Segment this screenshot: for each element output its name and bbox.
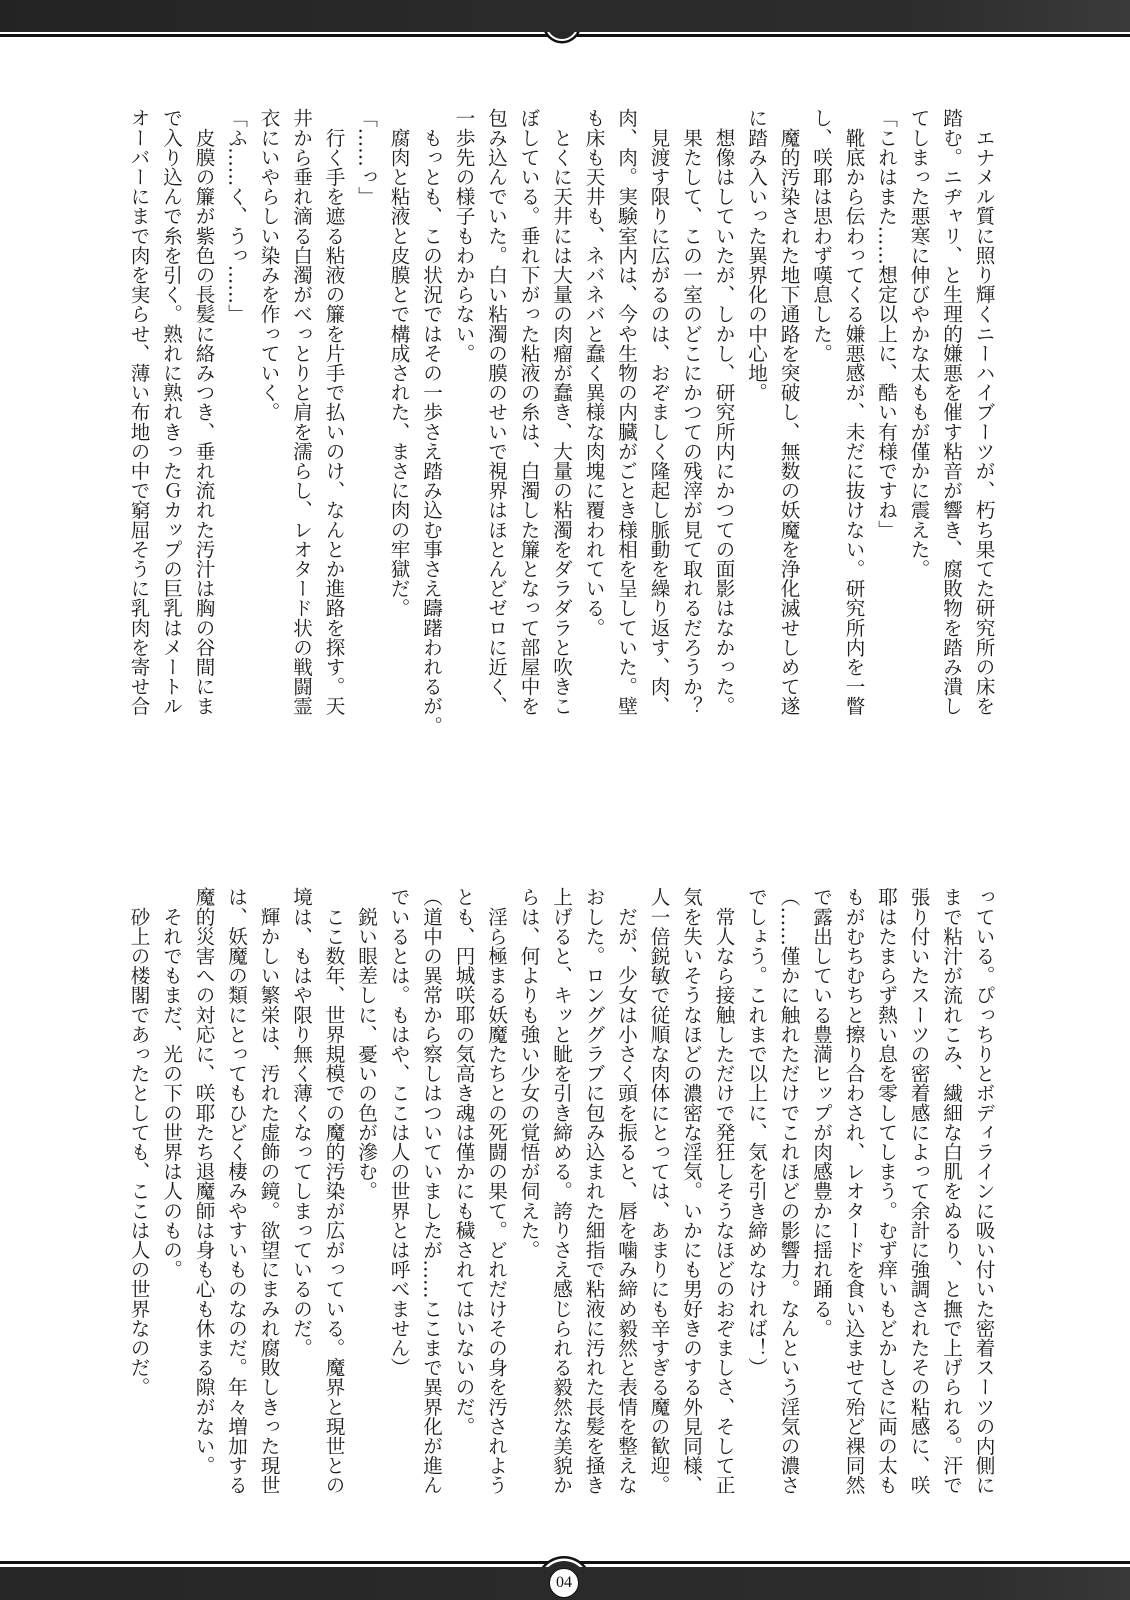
text-column: とくに天井には大量の肉瘤が蠢き、大量の粘濁をダラダラと吹きこ xyxy=(544,108,577,723)
text-column: 想像はしていたが、しかし、研究所内にかつての面影はなかった。 xyxy=(707,108,740,723)
text-column: 井から垂れ滴る白濁がべっとりと肩を濡らし、レオタード状の戦闘霊 xyxy=(284,108,317,723)
text-column: （……僅かに触れただけでこれほどの影響力。なんという淫気の濃さ xyxy=(772,887,805,1502)
text-column: も床も天井も、ネバネバと蠢く異様な肉塊に覆われている。 xyxy=(577,108,610,723)
text-column: ここ数年、世界規模での魔的汚染が広がっている。魔界と現世との xyxy=(317,887,350,1502)
text-column: でしょう。これまで以上に、気を引き締めなければ！） xyxy=(739,887,772,1502)
text-column: 腐肉と粘液と皮膜とで構成された、まさに肉の牢獄だ。 xyxy=(382,108,415,723)
page-number-badge: 04 xyxy=(549,1568,579,1598)
upper-text-block: エナメル質に照り輝くニーハイブーツが、朽ち果てた研究所の床を 踏む。ニヂャリ、と… xyxy=(121,108,999,723)
text-column: 包み込んでいた。白い粘濁の膜のせいで視界はほとんどゼロに近く、 xyxy=(479,108,512,723)
text-column: 砂上の楼閣であったとしても、ここは人の世界なのだ。 xyxy=(122,887,155,1502)
text-column: で入り込んで糸を引く。熟れに熟れきったＧカップの巨乳はメートル xyxy=(154,108,187,723)
text-column: 踏む。ニヂャリ、と生理的嫌悪を催す粘音が響き、腐敗物を踏み潰し xyxy=(934,108,967,723)
page-number: 04 xyxy=(556,1575,572,1591)
text-column: 衣にいやらしい染みを作っていく。 xyxy=(252,108,285,723)
text-column: 皮膜の簾が紫色の長髪に絡みつき、垂れ流れた汚汁は胸の谷間にま xyxy=(187,108,220,723)
text-column: それでもまだ、光の下の世界は人のもの。 xyxy=(154,887,187,1502)
text-column: し、咲耶は思わず嘆息した。 xyxy=(804,108,837,723)
text-column: 靴底から伝わってくる嫌悪感が、未だに抜けない。研究所内を一瞥 xyxy=(837,108,870,723)
text-column: エナメル質に照り輝くニーハイブーツが、朽ち果てた研究所の床を xyxy=(967,108,1000,723)
text-column: 淫ら極まる妖魔たちとの死闘の果て。どれだけその身を汚されよう xyxy=(479,887,512,1502)
text-column: 上げると、キッと眦を引き締める。誇りさえ感じられる毅然な美貌か xyxy=(544,887,577,1502)
text-column: おした。ロンググラブに包み込まれた細指で粘液に汚れた長髪を掻き xyxy=(577,887,610,1502)
text-column: 輝かしい繁栄は、汚れた虚飾の鏡。欲望にまみれ腐敗しきった現世 xyxy=(252,887,285,1502)
text-column: に踏み入いった異界化の中心地。 xyxy=(739,108,772,723)
text-column: 一歩先の様子もわからない。 xyxy=(447,108,480,723)
text-column: 「これはまた……想定以上に、酷い有様ですね」 xyxy=(869,108,902,723)
header-bar xyxy=(0,0,1130,32)
text-column: で露出している豊満ヒップが肉感豊かに揺れ踊る。 xyxy=(804,887,837,1502)
text-column: 肉、肉。実験室内は、今や生物の内臓がごとき様相を呈していた。壁 xyxy=(609,108,642,723)
text-column: 人一倍鋭敏で従順な肉体にとっては、あまりにも辛すぎる魔の歓迎。 xyxy=(642,887,675,1502)
text-column: 魔的汚染された地下通路を突破し、無数の妖魔を浄化滅せしめて遂 xyxy=(772,108,805,723)
text-column: 鋭い眼差しに、憂いの色が滲む。 xyxy=(349,887,382,1502)
text-column: 常人なら接触しただけで発狂しそうなほどのおぞましさ、そして正 xyxy=(707,887,740,1502)
text-column: （道中の異常から察しはついていましたが……ここまで異界化が進ん xyxy=(414,887,447,1502)
text-column: は、妖魔の類にとってもひどく棲みやすいものなのだ。年々増加する xyxy=(219,887,252,1502)
text-column: もがむちむちと擦り合わされ、レオタードを食い込ませて殆ど裸同然 xyxy=(837,887,870,1502)
text-column: ぼしている。垂れ下がった粘液の糸は、白濁した簾となって部屋中を xyxy=(512,108,545,723)
text-column: もっとも、この状況ではその一歩さえ踏み込む事さえ躊躇われるが。 xyxy=(414,108,447,723)
text-column: らは、何よりも強い少女の覚悟が伺えた。 xyxy=(512,887,545,1502)
text-column: 行く手を遮る粘液の簾を片手で払いのけ、なんとか進路を探す。天 xyxy=(317,108,350,723)
text-column: 魔的災害への対応に、咲耶たち退魔師は身も心も休まる隙がない。 xyxy=(187,887,220,1502)
text-column: 気を失いそうなほどの濃密な淫気。いかにも男好きのする外見同様、 xyxy=(674,887,707,1502)
text-column: てしまった悪寒に伸びやかな太ももが僅かに震えた。 xyxy=(902,108,935,723)
text-column: 「ふ……く、うっ……」 xyxy=(219,108,252,723)
text-column: オーバーにまで肉を実らせ、薄い布地の中で窮屈そうに乳肉を寄せ合 xyxy=(122,108,155,723)
text-column: 見渡す限りに広がるのは、おぞましく隆起し脈動を繰り返す、肉、 xyxy=(642,108,675,723)
text-column: とも、円城咲耶の気高き魂は僅かにも穢されてはいないのだ。 xyxy=(447,887,480,1502)
text-column: まで粘汁が流れこみ、繊細な白肌をぬるり、と撫で上げられる。汗で xyxy=(934,887,967,1502)
text-column: 果たして、この一室のどこにかつての残滓が見て取れるだろうか？ xyxy=(674,108,707,723)
lower-text-block: っている。ぴっちりとボディラインに吸い付いた密着スーツの内側に まで粘汁が流れこ… xyxy=(121,887,999,1502)
text-column: 耶はたまらず熱い息を零してしまう。むず痒いもどかしさに両の太も xyxy=(869,887,902,1502)
text-column: 「……っ」 xyxy=(349,108,382,723)
text-column: っている。ぴっちりとボディラインに吸い付いた密着スーツの内側に xyxy=(967,887,1000,1502)
text-column: でいるとは。もはや、ここは人の世界とは呼べません） xyxy=(382,887,415,1502)
text-column: 境は、もはや限り無く薄くなってしまっているのだ。 xyxy=(284,887,317,1502)
text-column: 張り付いたスーツの密着感によって余計に強調されたその粘感に、咲 xyxy=(902,887,935,1502)
text-column: だが、少女は小さく頭を振ると、唇を噛み締め毅然と表情を整えな xyxy=(609,887,642,1502)
